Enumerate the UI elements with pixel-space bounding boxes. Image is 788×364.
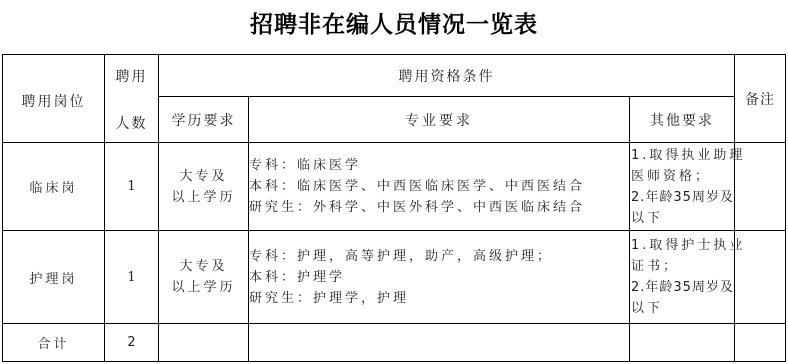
total-education (158, 323, 249, 362)
row2-other-line3: 2.年龄35周岁及 (631, 277, 734, 298)
row1-position-value: 临床岗 (29, 177, 77, 196)
header-major-label: 专业要求 (405, 110, 473, 130)
row2-major-line1: 专科：护理，高等护理，助产，高级护理； (249, 246, 553, 267)
row2-remarks (734, 230, 786, 324)
row2-other: 1.取得护士执业 证书； 2.年龄35周岁及 以下 (629, 230, 735, 324)
header-qualifications-label: 聘用资格条件 (399, 66, 495, 86)
row2-major-line2: 本科：护理学 (249, 267, 345, 288)
header-count-line2: 人数 (116, 113, 148, 133)
row1-count: 1 (104, 142, 159, 231)
total-major (248, 323, 630, 362)
header-count: 聘用 人数 (104, 54, 159, 143)
header-remarks: 备注 (734, 54, 786, 143)
row1-major: 专科：临床医学 本科：临床医学、中西医临床医学、中西医结合 研究生：外科学、中医… (248, 142, 630, 231)
header-qualifications: 聘用资格条件 (158, 54, 735, 97)
row2-count: 1 (104, 230, 159, 324)
row1-major-line3: 研究生：外科学、中医外科学、中西医临床结合 (249, 197, 585, 218)
row1-education-line1: 大专及 (179, 166, 227, 187)
row1-education-line2: 以上学历 (171, 187, 235, 208)
row2-education-line2: 以上学历 (171, 277, 235, 298)
header-position: 聘用岗位 (2, 54, 105, 143)
row2-major: 专科：护理，高等护理，助产，高级护理； 本科：护理学 研究生：护理学，护理 (248, 230, 630, 324)
row1-education: 大专及 以上学历 (158, 142, 249, 231)
row1-count-value: 1 (127, 179, 135, 194)
total-remarks (734, 323, 786, 362)
row2-education-line1: 大专及 (179, 256, 227, 277)
total-other (629, 323, 735, 362)
header-other: 其他要求 (629, 96, 735, 143)
row1-other-line2: 医师资格； (631, 166, 711, 187)
header-count-line1: 聘用 (116, 66, 148, 86)
header-remarks-label: 备注 (745, 89, 775, 109)
header-position-label: 聘用岗位 (22, 91, 86, 111)
total-label: 合计 (2, 323, 105, 362)
row2-count-value: 1 (127, 270, 135, 285)
header-major: 专业要求 (248, 96, 630, 143)
total-count: 2 (104, 323, 159, 362)
row2-position: 护理岗 (2, 230, 105, 324)
row1-other-line1: 1.取得执业助理 (631, 145, 745, 166)
header-education-label: 学历要求 (172, 110, 236, 130)
row2-education: 大专及 以上学历 (158, 230, 249, 324)
row2-other-line1: 1.取得护士执业 (631, 235, 745, 256)
row2-other-line4: 以下 (631, 298, 663, 319)
header-education: 学历要求 (158, 96, 249, 143)
header-other-label: 其他要求 (650, 110, 714, 130)
total-label-text: 合计 (37, 333, 69, 352)
row1-other: 1.取得执业助理 医师资格； 2.年龄35周岁及 以下 (629, 142, 735, 231)
page-title: 招聘非在编人员情况一览表 (0, 6, 788, 39)
total-count-value: 2 (127, 335, 135, 350)
row1-other-line4: 以下 (631, 208, 663, 229)
row1-other-line3: 2.年龄35周岁及 (631, 187, 734, 208)
row2-other-line2: 证书； (631, 256, 679, 277)
row1-major-line1: 专科：临床医学 (249, 155, 361, 176)
row1-remarks (734, 142, 786, 231)
row1-major-line2: 本科：临床医学、中西医临床医学、中西医结合 (249, 176, 585, 197)
row2-position-value: 护理岗 (29, 268, 77, 287)
row2-major-line3: 研究生：护理学，护理 (249, 288, 409, 309)
row1-position: 临床岗 (2, 142, 105, 231)
